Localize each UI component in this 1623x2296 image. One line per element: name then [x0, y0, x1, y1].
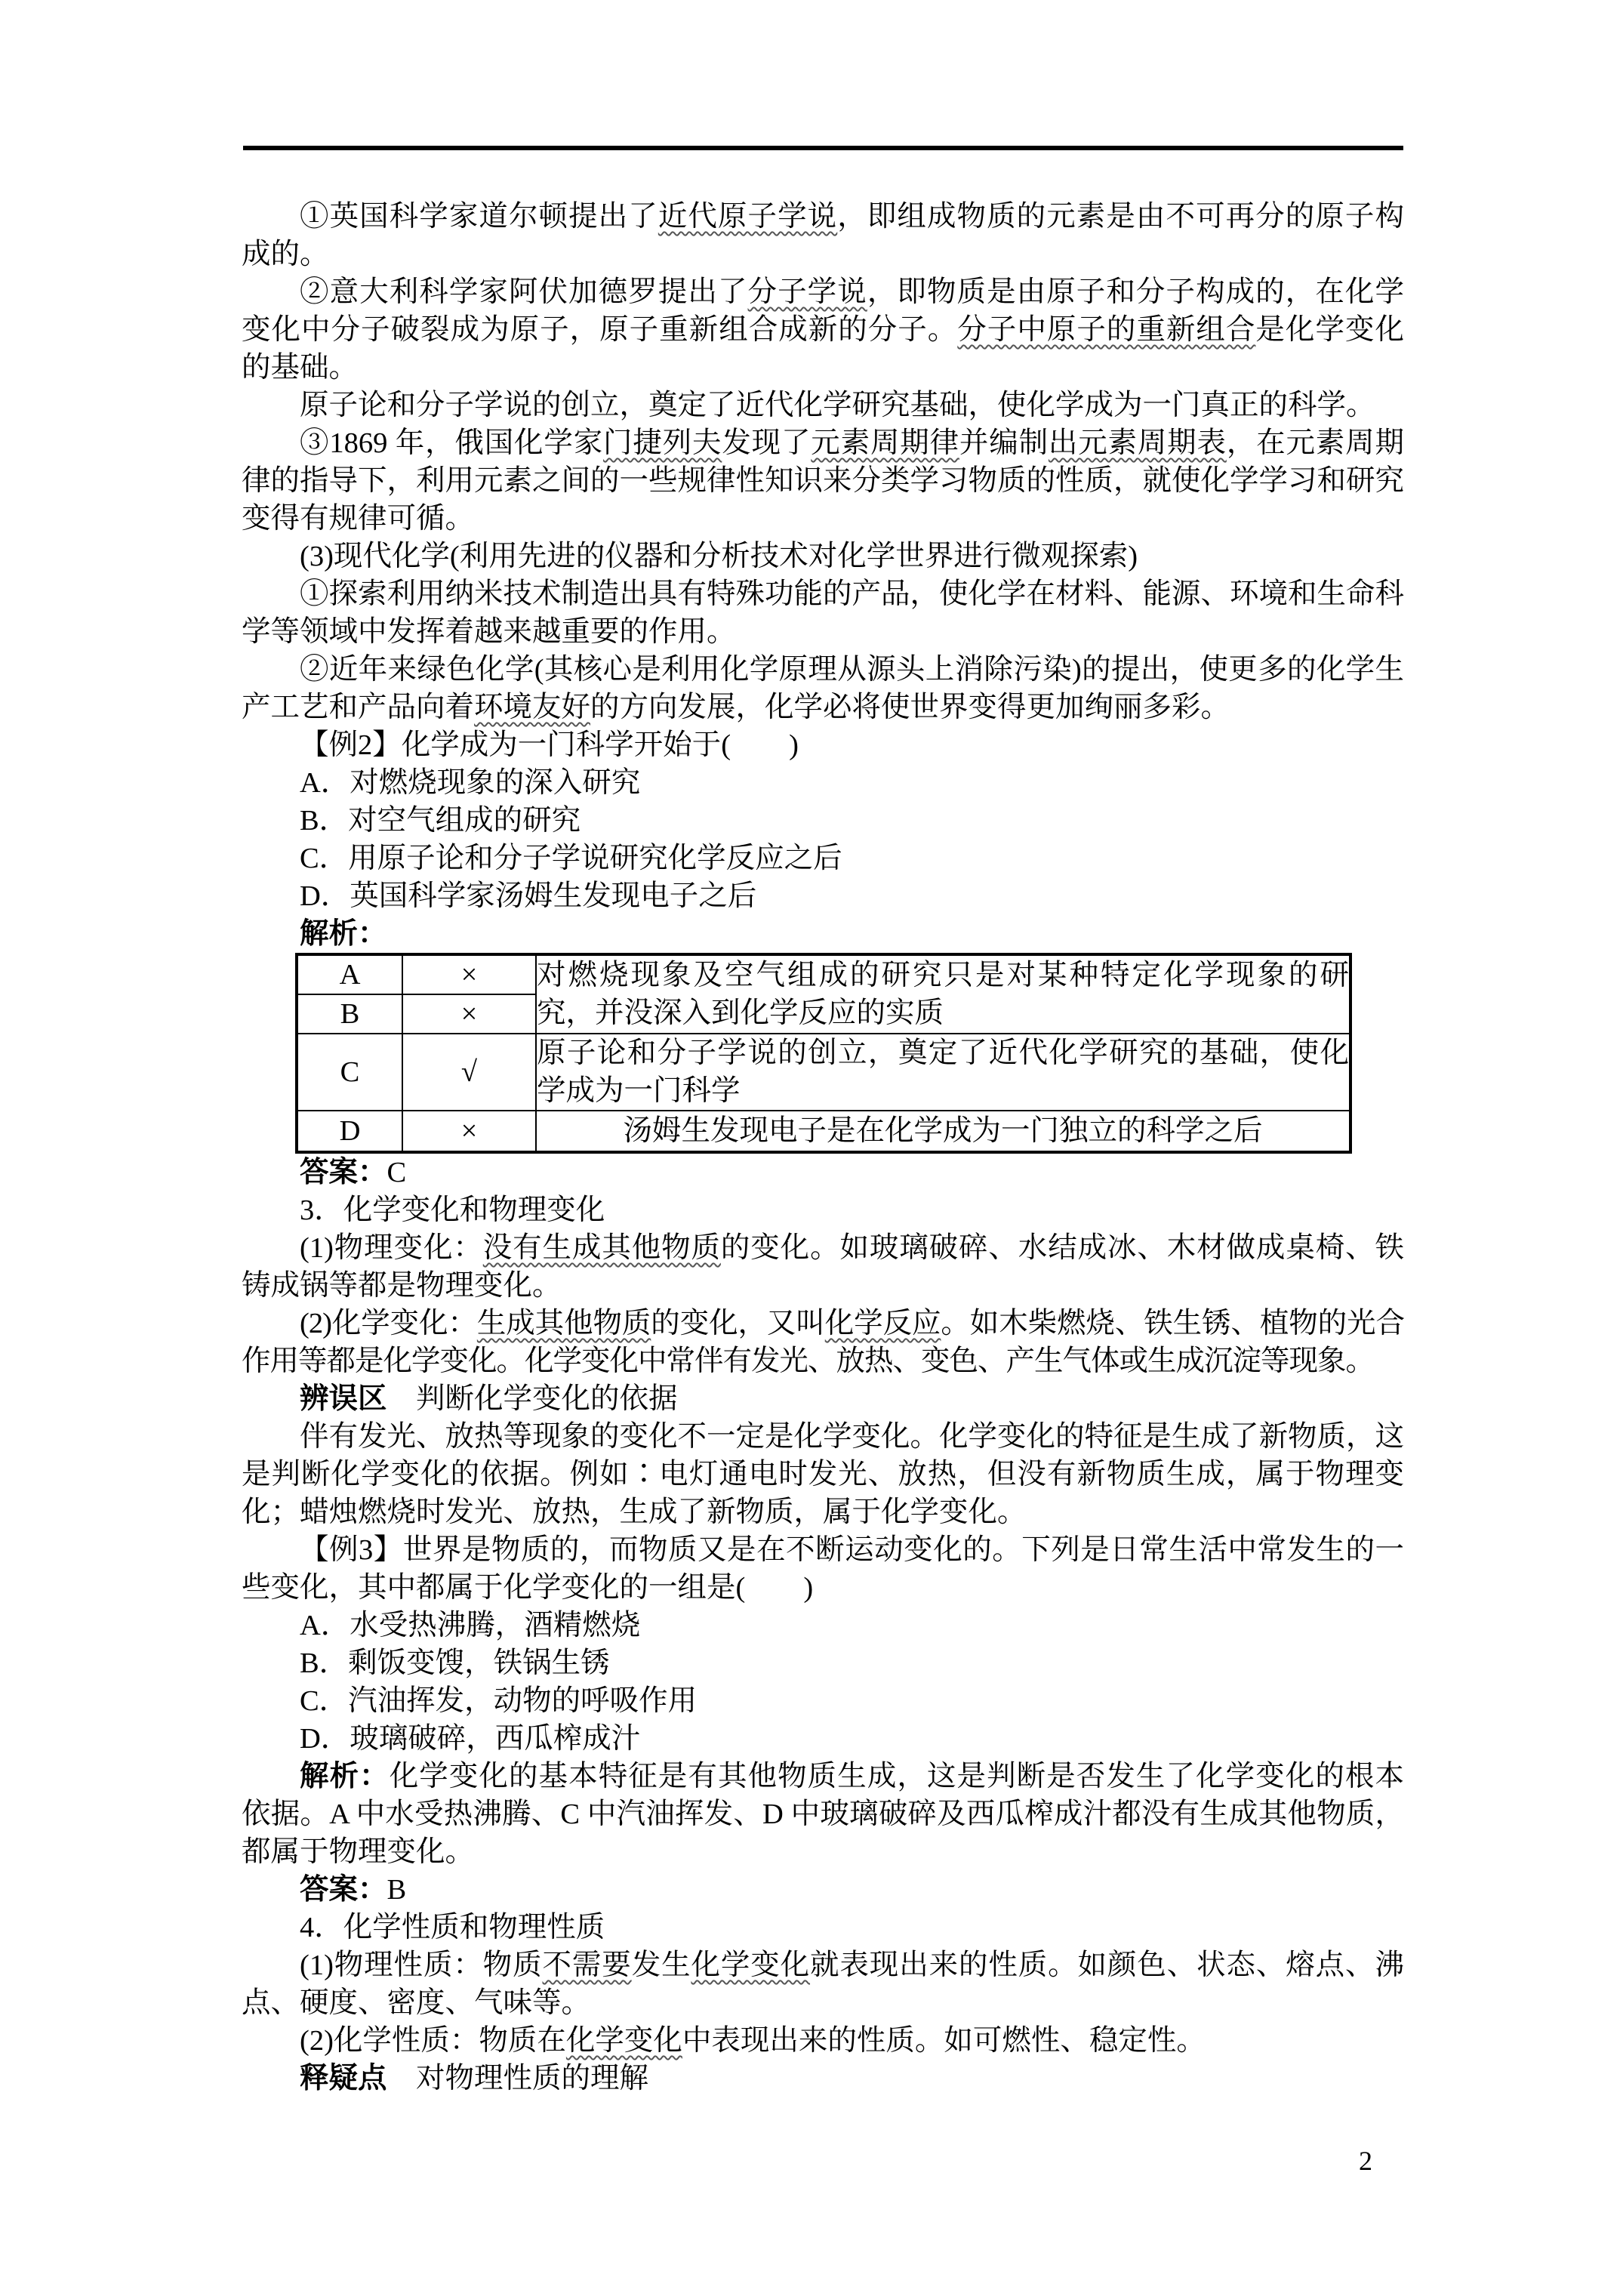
paragraph: 辨误区 判断化学变化的依据: [242, 1380, 1404, 1418]
text-run: 3．化学变化和物理变化: [300, 1194, 605, 1226]
text-run: ①英国科学家道尔顿提出了: [300, 201, 658, 233]
paragraph: 解析：化学变化的基本特征是有其他物质生成，这是判断是否发生了化学变化的根本依据。…: [242, 1758, 1404, 1871]
paragraph: B．对空气组成的研究: [242, 802, 1404, 840]
paragraph: D．玻璃破碎，西瓜榨成汁: [242, 1720, 1404, 1758]
bold-label: 辨误区: [300, 1383, 387, 1415]
paragraph: C．汽油挥发，动物的呼吸作用: [242, 1682, 1404, 1720]
text-run: (2)化学性质：物质在: [300, 2025, 566, 2057]
key-term: 化学反应: [825, 1308, 941, 1339]
text-run: (1)物理性质：物质: [300, 1949, 543, 1981]
table-row: D×汤姆生发现电子是在化学成为一门独立的科学之后: [297, 1111, 1350, 1152]
text-run: 化学变化的基本特征是有其他物质生成，这是判断是否发生了化学变化的根本依据。A 中…: [242, 1761, 1404, 1868]
text-run: C．用原子论和分子学说研究化学反应之后: [300, 843, 842, 874]
text-run: 发生: [632, 1949, 691, 1981]
key-term: 环境友好: [474, 692, 590, 723]
key-term: 分子中原子的重新组合: [957, 314, 1255, 346]
text-run: 4．化学性质和物理性质: [300, 1912, 605, 1943]
paragraph: A．水受热沸腾，酒精燃烧: [242, 1607, 1404, 1644]
text-run: B．剩饭变馊，铁锅生锈: [300, 1647, 610, 1679]
paragraph: 释疑点 对物理性质的理解: [242, 2060, 1404, 2097]
option-cell: A: [297, 954, 402, 994]
paragraph: C．用原子论和分子学说研究化学反应之后: [242, 840, 1404, 877]
option-cell: B: [297, 994, 402, 1034]
text-run: D．英国科学家汤姆生发现电子之后: [300, 880, 756, 912]
paragraph: A．对燃烧现象的深入研究: [242, 764, 1404, 802]
text-run: 的方向发展，化学必将使世界变得更加绚丽多彩。: [590, 692, 1230, 723]
text-run: ①探索利用纳米技术制造出具有特殊功能的产品，使化学在材料、能源、环境和生命科学等…: [242, 578, 1404, 648]
key-term: 化学变化: [691, 1949, 810, 1981]
verdict-cell: ×: [402, 1111, 536, 1152]
key-term: 元素周期律: [811, 427, 959, 459]
paragraph: 4．化学性质和物理性质: [242, 1909, 1404, 1946]
explanation-cell: 对燃烧现象及空气组成的研究只是对某种特定化学现象的研究，并没深入到化学反应的实质: [536, 954, 1350, 1034]
text-run: 伴有发光、放热等现象的变化不一定是化学变化。化学变化的特征是生成了新物质，这是判…: [242, 1421, 1404, 1528]
paragraph: ②意大利科学家阿伏加德罗提出了分子学说，即物质是由原子和分子构成的，在化学变化中…: [242, 273, 1404, 387]
paragraph: (2)化学变化：生成其他物质的变化，又叫化学反应。如木柴燃烧、铁生锈、植物的光合…: [242, 1305, 1404, 1380]
bold-label: 答案：: [300, 1157, 387, 1188]
text-run: 【例2】化学成为一门科学开始于( ): [300, 729, 799, 761]
text-run: C．汽油挥发，动物的呼吸作用: [300, 1685, 697, 1717]
text-run: 判断化学变化的依据: [387, 1383, 678, 1415]
text-run: 对物理性质的理解: [387, 2063, 649, 2094]
explanation-cell: 原子论和分子学说的创立，奠定了近代化学研究的基础，使化学成为一门科学: [536, 1034, 1350, 1111]
page-number: 2: [1359, 2146, 1372, 2176]
verdict-cell: ×: [402, 994, 536, 1034]
table-row: C√原子论和分子学说的创立，奠定了近代化学研究的基础，使化学成为一门科学: [297, 1034, 1350, 1111]
verdict-cell: ×: [402, 954, 536, 994]
paragraph: ②近年来绿色化学(其核心是利用化学原理从源头上消除污染)的提出，使更多的化学生产…: [242, 651, 1404, 726]
paragraph: 解析：: [242, 915, 1404, 953]
text-run: B．对空气组成的研究: [300, 805, 581, 837]
paragraph: 【例2】化学成为一门科学开始于( ): [242, 726, 1404, 764]
explanation-cell: 汤姆生发现电子是在化学成为一门独立的科学之后: [536, 1111, 1350, 1152]
text-run: ③1869 年，俄国化学家: [300, 427, 603, 459]
bold-label: 解析：: [300, 918, 387, 950]
document-body: ①英国科学家道尔顿提出了近代原子学说，即组成物质的元素是由不可再分的原子构成的。…: [242, 198, 1404, 2097]
key-term: 化学变化: [566, 2025, 682, 2057]
verdict-cell: √: [402, 1034, 536, 1111]
text-run: 【例3】世界是物质的，而物质又是在不断运动变化的。下列是日常生活中常发生的一些变…: [242, 1534, 1404, 1604]
paragraph: B．剩饭变馊，铁锅生锈: [242, 1644, 1404, 1682]
text-run: D．玻璃破碎，西瓜榨成汁: [300, 1723, 640, 1755]
key-term: 出元素周期表: [1049, 427, 1227, 459]
paragraph: 答案：B: [242, 1871, 1404, 1909]
paragraph: (2)化学性质：物质在化学变化中表现出来的性质。如可燃性、稳定性。: [242, 2022, 1404, 2060]
text-run: C: [387, 1157, 407, 1188]
header-rule: [243, 146, 1403, 150]
text-run: (3)现代化学(利用先进的仪器和分析技术对化学世界进行微观探索): [300, 541, 1138, 572]
paragraph: 答案：C: [242, 1154, 1404, 1191]
text-run: ②意大利科学家阿伏加德罗提出了: [300, 276, 748, 308]
key-term: 门捷列夫: [603, 427, 722, 459]
text-run: B: [387, 1874, 407, 1906]
paragraph: 原子论和分子学说的创立，奠定了近代化学研究基础，使化学成为一门真正的科学。: [242, 387, 1404, 424]
option-cell: D: [297, 1111, 402, 1152]
paragraph: 伴有发光、放热等现象的变化不一定是化学变化。化学变化的特征是生成了新物质，这是判…: [242, 1418, 1404, 1531]
paragraph: D．英国科学家汤姆生发现电子之后: [242, 877, 1404, 915]
text-run: (2)化学变化：: [300, 1308, 477, 1339]
key-term: 没有生成其他物质: [483, 1232, 721, 1264]
text-run: 并编制: [959, 427, 1049, 459]
key-term: 近代原子学说: [658, 201, 837, 233]
bold-label: 释疑点: [300, 2063, 387, 2094]
bold-label: 答案：: [300, 1874, 387, 1906]
paragraph: 3．化学变化和物理变化: [242, 1191, 1404, 1229]
answer-analysis-table: A×对燃烧现象及空气组成的研究只是对某种特定化学现象的研究，并没深入到化学反应的…: [295, 953, 1352, 1154]
key-term: 不需要: [543, 1949, 632, 1981]
key-term: 分子学说: [748, 276, 867, 308]
bold-label: 解析：: [300, 1761, 390, 1792]
text-run: 发现了: [722, 427, 811, 459]
paragraph: (3)现代化学(利用先进的仪器和分析技术对化学世界进行微观探索): [242, 538, 1404, 575]
paragraph: 【例3】世界是物质的，而物质又是在不断运动变化的。下列是日常生活中常发生的一些变…: [242, 1531, 1404, 1607]
table-row: A×对燃烧现象及空气组成的研究只是对某种特定化学现象的研究，并没深入到化学反应的…: [297, 954, 1350, 994]
document-page: { "page": {"number": "2", "background": …: [0, 0, 1623, 2296]
key-term: 生成其他物质: [477, 1308, 651, 1339]
text-run: 的变化，又叫: [651, 1308, 824, 1339]
paragraph: ③1869 年，俄国化学家门捷列夫发现了元素周期律并编制出元素周期表，在元素周期…: [242, 424, 1404, 538]
paragraph: (1)物理性质：物质不需要发生化学变化就表现出来的性质。如颜色、状态、熔点、沸点…: [242, 1946, 1404, 2022]
text-run: A．水受热沸腾，酒精燃烧: [300, 1610, 640, 1641]
option-cell: C: [297, 1034, 402, 1111]
text-run: 中表现出来的性质。如可燃性、稳定性。: [682, 2025, 1206, 2057]
text-run: 原子论和分子学说的创立，奠定了近代化学研究基础，使化学成为一门真正的科学。: [300, 390, 1375, 421]
text-run: (1)物理变化：: [300, 1232, 483, 1264]
paragraph: ①英国科学家道尔顿提出了近代原子学说，即组成物质的元素是由不可再分的原子构成的。: [242, 198, 1404, 273]
paragraph: ①探索利用纳米技术制造出具有特殊功能的产品，使化学在材料、能源、环境和生命科学等…: [242, 575, 1404, 651]
paragraph: (1)物理变化：没有生成其他物质的变化。如玻璃破碎、水结成冰、木材做成桌椅、铁铸…: [242, 1229, 1404, 1305]
text-run: A．对燃烧现象的深入研究: [300, 767, 640, 799]
